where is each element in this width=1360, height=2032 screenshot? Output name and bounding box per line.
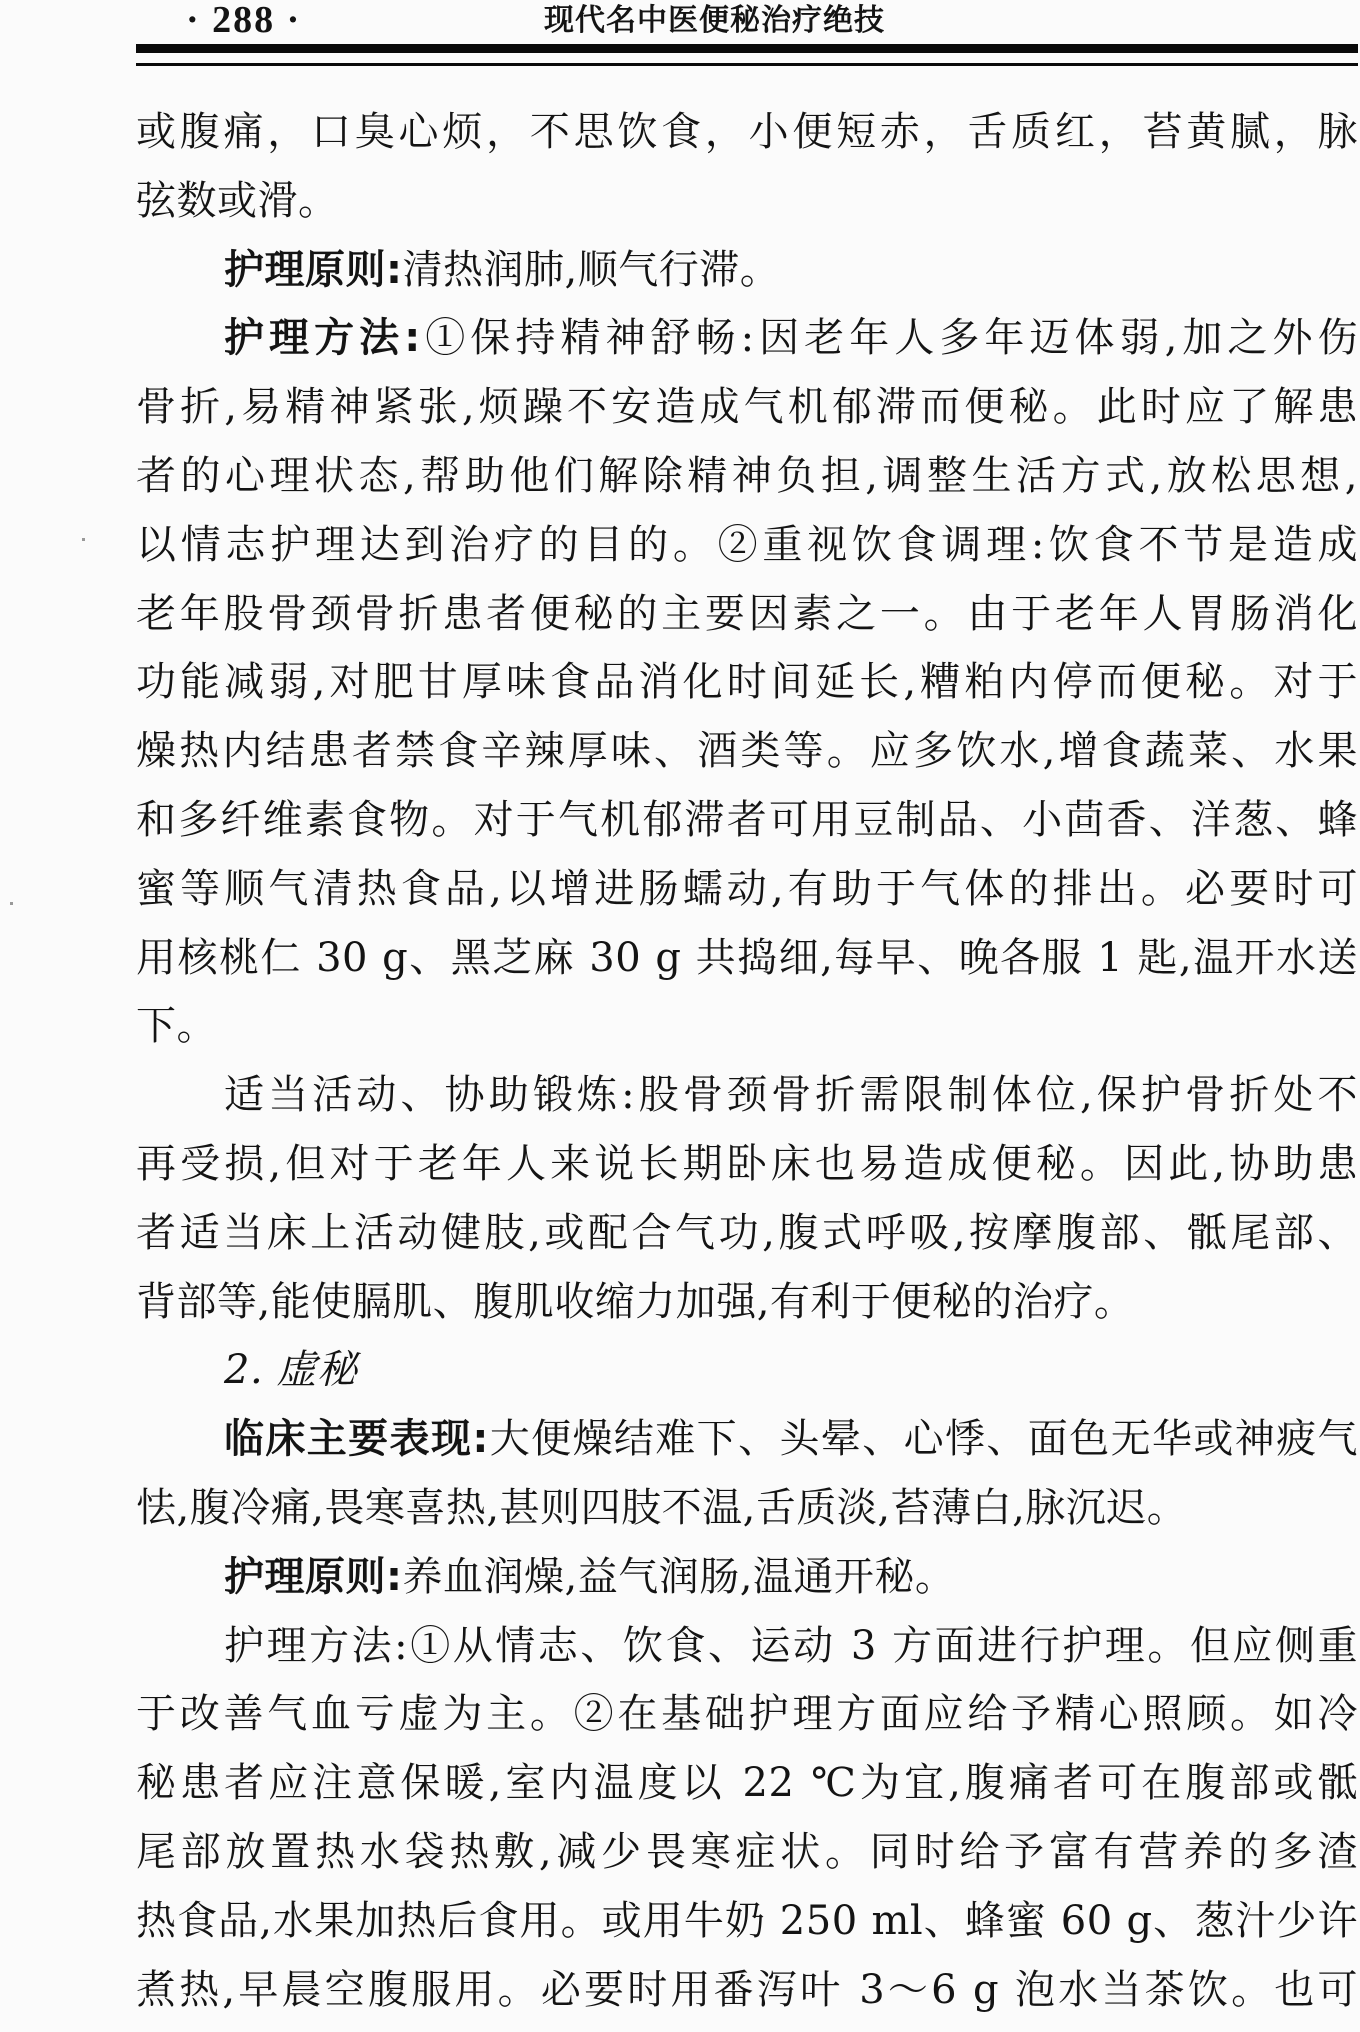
text-line: 者的心理状态,帮助他们解除精神负担,调整生活方式,放松思想, (136, 442, 1358, 511)
text-line: 或腹痛，口臭心烦，不思饮食，小便短赤，舌质红，苔黄腻，脉 (136, 98, 1358, 167)
text-line: 用核桃仁 30 g、黑芝麻 30 g 共捣细,每早、晚各服 1 匙,温开水送 (136, 924, 1358, 993)
nursing-method-label: 护理方法: (224, 315, 421, 361)
margin-speck (10, 902, 13, 905)
nursing-principle-text-2: 养血润燥,益气润肠,温通开秘。 (403, 1554, 956, 1600)
nursing-principle-label: 护理原则: (224, 247, 403, 293)
text-line: 以情志护理达到治疗的目的。②重视饮食调理:饮食不节是造成 (136, 511, 1358, 580)
nursing-principle-text: 清热润肺,顺气行滞。 (403, 247, 781, 293)
text-line: 骨折,易精神紧张,烦躁不安造成气机郁滞而便秘。此时应了解患 (136, 373, 1358, 442)
book-title: 现代名中医便秘治疗绝技 (544, 2, 885, 40)
margin-speck (82, 538, 85, 541)
text-line: 秘患者应注意保暖,室内温度以 22 ℃为宜,腹痛者可在腹部或骶 (136, 1749, 1358, 1818)
clinical-manifestation-paragraph: 临床主要表现:大便燥结难下、头晕、心悸、面色无华或神疲气 (136, 1405, 1358, 1474)
text-line: 功能减弱,对肥甘厚味食品消化时间延长,糟粕内停而便秘。对于 (136, 648, 1358, 717)
text-line: 者适当床上活动健肢,或配合气功,腹式呼吸,按摩腹部、骶尾部、 (136, 1199, 1358, 1268)
page-number: · 288 · (186, 0, 301, 40)
text-line: 和多纤维素食物。对于气机郁滞者可用豆制品、小茴香、洋葱、蜂 (136, 786, 1358, 855)
text-line: 下。 (136, 992, 1358, 1061)
activity-paragraph: 适当活动、协助锻炼:股骨颈骨折需限制体位,保护骨折处不 (136, 1061, 1358, 1130)
nursing-method-text: ①保持精神舒畅:因老年人多年迈体弱,加之外伤 (421, 315, 1358, 361)
header-rule-thick (136, 44, 1358, 53)
text-line: 蜜等顺气清热食品,以增进肠蠕动,有助于气体的排出。必要时可 (136, 855, 1358, 924)
text-line: 老年股骨颈骨折患者便秘的主要因素之一。由于老年人胃肠消化 (136, 580, 1358, 649)
section-heading-deficiency-constipation: 2. 虚秘 (136, 1336, 1358, 1405)
text-line: 背部等,能使膈肌、腹肌收缩力加强,有利于便秘的治疗。 (136, 1268, 1358, 1337)
text-line: 于改善气血亏虚为主。②在基础护理方面应给予精心照顾。如冷 (136, 1680, 1358, 1749)
header-rule-thin (136, 63, 1358, 66)
text-line: 尾部放置热水袋热敷,减少畏寒症状。同时给予富有营养的多渣 (136, 1818, 1358, 1887)
clinical-manifestation-label: 临床主要表现: (224, 1416, 489, 1462)
nursing-method-paragraph: 护理方法:①保持精神舒畅:因老年人多年迈体弱,加之外伤 (136, 304, 1358, 373)
nursing-principle-label-2: 护理原则: (224, 1554, 403, 1600)
nursing-principle-paragraph-2: 护理原则:养血润燥,益气润肠,温通开秘。 (136, 1543, 1358, 1612)
nursing-principle-paragraph: 护理原则:清热润肺,顺气行滞。 (136, 236, 1358, 305)
nursing-method-paragraph-2: 护理方法:①从情志、饮食、运动 3 方面进行护理。但应侧重 (136, 1612, 1358, 1681)
clinical-manifestation-text: 大便燥结难下、头晕、心悸、面色无华或神疲气 (489, 1416, 1358, 1462)
page-header: · 288 · 现代名中医便秘治疗绝技 (136, 0, 1358, 66)
text-line: 弦数或滑。 (136, 167, 1358, 236)
text-line: 燥热内结患者禁食辛辣厚味、酒类等。应多饮水,增食蔬菜、水果 (136, 717, 1358, 786)
text-line: 热食品,水果加热后食用。或用牛奶 250 ml、蜂蜜 60 g、葱汁少许 (136, 1887, 1358, 1956)
text-line: 煮热,早晨空腹服用。必要时用番泻叶 3～6 g 泡水当茶饮。也可 (136, 1956, 1358, 2025)
text-line: 再受损,但对于老年人来说长期卧床也易造成便秘。因此,协助患 (136, 1130, 1358, 1199)
text-line: 怯,腹冷痛,畏寒喜热,甚则四肢不温,舌质淡,苔薄白,脉沉迟。 (136, 1474, 1358, 1543)
page-body: 或腹痛，口臭心烦，不思饮食，小便短赤，舌质红，苔黄腻，脉 弦数或滑。 护理原则:… (136, 98, 1358, 2024)
